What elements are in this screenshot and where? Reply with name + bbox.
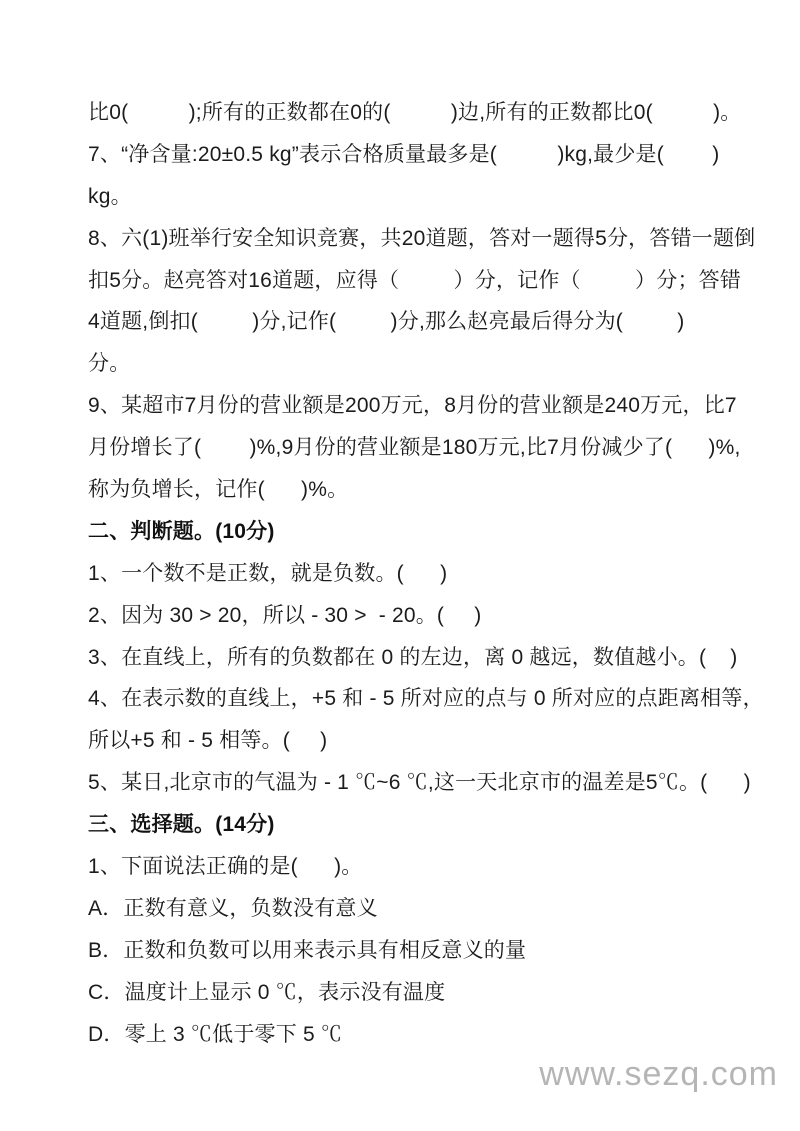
section-header-judgment: 二、判断题。(10分) <box>88 511 728 553</box>
fill-blank-item-6-continued: 比0( );所有的正数都在0的( )边,所有的正数都比0( )。 <box>88 92 728 134</box>
watermark: www.sezq.com <box>539 1055 778 1094</box>
fill-blank-item-8-line4: 分。 <box>88 343 728 385</box>
choice-option-b: B．正数和负数可以用来表示具有相反意义的量 <box>88 930 728 972</box>
exam-body-text: 比0( );所有的正数都在0的( )边,所有的正数都比0( )。 7、“净含量:… <box>88 92 728 1055</box>
section-header-choice: 三、选择题。(14分) <box>88 804 728 846</box>
choice-option-a: A．正数有意义，负数没有意义 <box>88 888 728 930</box>
fill-blank-item-9-line3: 称为负增长，记作( )%。 <box>88 469 728 511</box>
fill-blank-item-7-continued: kg。 <box>88 176 728 218</box>
judgment-item-5: 5、某日,北京市的气温为 - 1 ℃~6 ℃,这一天北京市的温差是5℃。( ) <box>88 762 728 804</box>
choice-option-c: C．温度计上显示 0 ℃，表示没有温度 <box>88 972 728 1014</box>
choice-item-1: 1、下面说法正确的是( )。 <box>88 846 728 888</box>
choice-option-d: D．零上 3 ℃低于零下 5 ℃ <box>88 1014 728 1056</box>
exam-page: 比0( );所有的正数都在0的( )边,所有的正数都比0( )。 7、“净含量:… <box>0 0 800 1131</box>
fill-blank-item-8-line2: 扣5分。赵亮答对16道题，应得（ ）分，记作（ ）分；答错 <box>88 260 728 302</box>
judgment-item-2: 2、因为 30 > 20，所以 - 30 > - 20。( ) <box>88 595 728 637</box>
fill-blank-item-8-line3: 4道题,倒扣( )分,记作( )分,那么赵亮最后得分为( ) <box>88 301 728 343</box>
fill-blank-item-7: 7、“净含量:20±0.5 kg”表示合格质量最多是( )kg,最少是( ) <box>88 134 728 176</box>
fill-blank-item-9-line2: 月份增长了( )%,9月份的营业额是180万元,比7月份减少了( )%, <box>88 427 728 469</box>
judgment-item-1: 1、一个数不是正数，就是负数。( ) <box>88 553 728 595</box>
judgment-item-4-line2: 所以+5 和 - 5 相等。( ) <box>88 720 728 762</box>
fill-blank-item-8: 8、六(1)班举行安全知识竞赛，共20道题，答对一题得5分，答错一题倒 <box>88 218 728 260</box>
judgment-item-4: 4、在表示数的直线上，+5 和 - 5 所对应的点与 0 所对应的点距离相等， <box>88 678 728 720</box>
judgment-item-3: 3、在直线上，所有的负数都在 0 的左边，离 0 越远，数值越小。( ) <box>88 637 728 679</box>
fill-blank-item-9: 9、某超市7月份的营业额是200万元，8月份的营业额是240万元，比7 <box>88 385 728 427</box>
